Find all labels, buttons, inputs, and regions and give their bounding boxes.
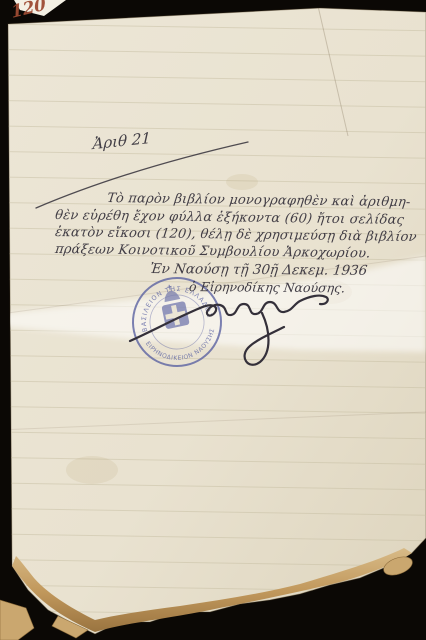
document-scan-canvas: ΒΑΣΙΛΕΙΟΝ ΤΗΣ ΕΛΛΑΔΟΣ ΕΙΡΗΝΟΔΙΚΕΙΟΝ ΝΑΟΥ… [0,0,426,640]
scanned-document-photo: ΒΑΣΙΛΕΙΟΝ ΤΗΣ ΕΛΛΑΔΟΣ ΕΙΡΗΝΟΔΙΚΕΙΟΝ ΝΑΟΥ… [0,0,426,640]
paper-scrap [0,600,34,640]
paper-stain [66,456,118,484]
paper-stain [226,174,258,190]
date-line: Ἐν Ναούσῃ τῇ 30ῇ Δεκεμ. 1936 [149,261,368,279]
signatory-line: ὁ Εἰρηνοδίκης Ναούσης. [188,279,346,295]
